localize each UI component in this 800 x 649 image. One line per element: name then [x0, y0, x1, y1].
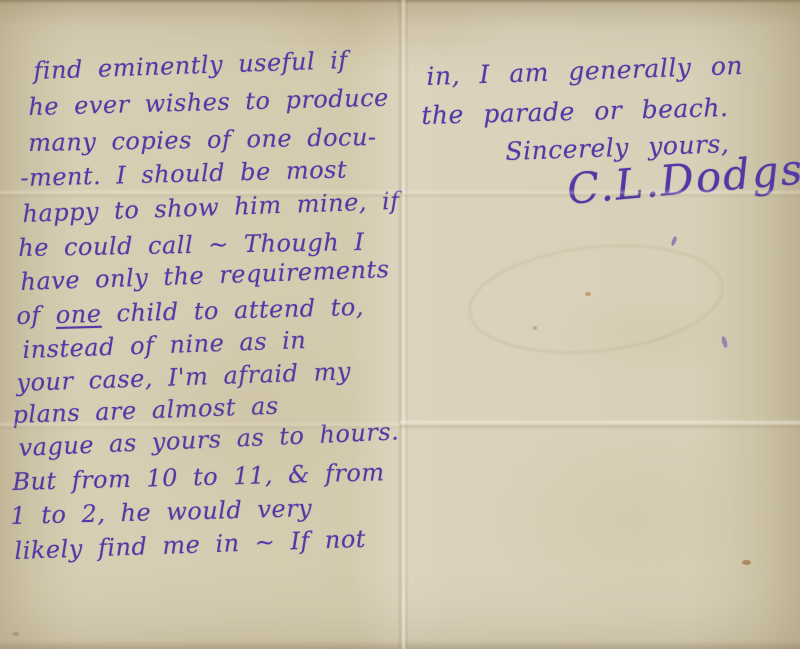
- letter-scan: find eminently useful if he ever wishes …: [0, 0, 800, 649]
- handwritten-line: But from 10 to 11, & from: [12, 457, 385, 497]
- handwritten-line: many copies of one docu-: [28, 122, 377, 158]
- handwritten-line: he ever wishes to produce: [28, 83, 389, 122]
- embossed-watermark-oval: [463, 233, 729, 365]
- handwritten-line: likely find me in ~ If not: [14, 524, 366, 566]
- ink-smudge: [721, 336, 729, 349]
- underlined-word: one: [55, 300, 101, 329]
- fold-crease-horizontal-lower-right: [400, 419, 800, 428]
- handwritten-line: the parade or beach.: [421, 93, 729, 131]
- handwritten-line: in, I am generally on: [426, 51, 743, 92]
- handwritten-line: of one child to attend to,: [16, 292, 364, 331]
- stain-speck: [585, 292, 591, 296]
- handwritten-line: 1 to 2, he would very: [10, 493, 313, 531]
- stain-speck: [742, 560, 751, 565]
- stain-speck: [12, 632, 19, 636]
- handwritten-line: find eminently useful if: [33, 45, 348, 86]
- handwritten-line: -ment. I should be most: [20, 154, 347, 193]
- fold-crease-horizontal-upper: [0, 189, 800, 198]
- line-segment: child to attend to,: [101, 293, 364, 328]
- line-segment: of: [16, 301, 56, 330]
- stain-speck: [533, 326, 537, 330]
- paper-mottle: [480, 420, 780, 620]
- ink-smudge: [670, 236, 677, 247]
- fold-crease-vertical: [397, 0, 409, 649]
